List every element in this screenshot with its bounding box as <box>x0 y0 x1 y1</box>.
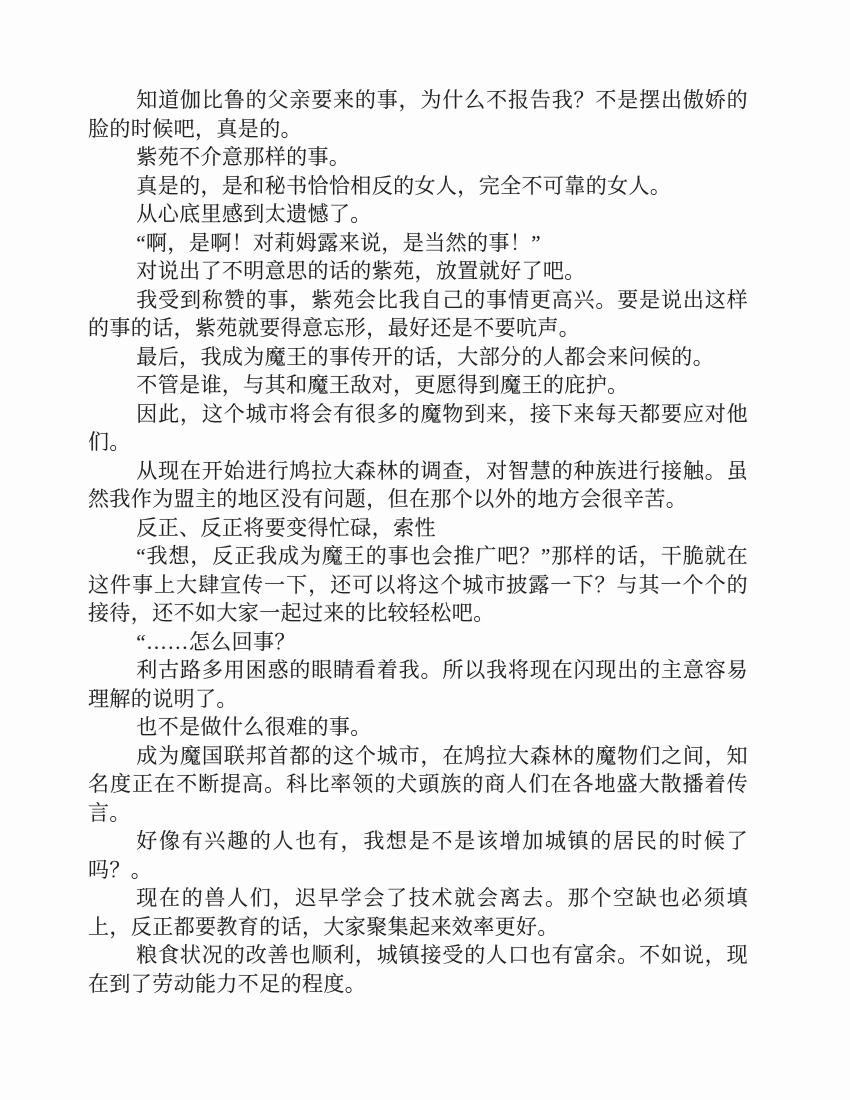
paragraph: “啊，是啊！对莉姆露来说，是当然的事！” <box>88 229 748 258</box>
paragraph: 利古路多用困惑的眼睛看着我。所以我将现在闪现出的主意容易理解的说明了。 <box>88 656 748 713</box>
paragraph: 也不是做什么很难的事。 <box>88 713 748 742</box>
paragraph: 不管是谁，与其和魔王敌对，更愿得到魔王的庇护。 <box>88 371 748 400</box>
paragraph: 真是的，是和秘书恰恰相反的女人，完全不可靠的女人。 <box>88 172 748 201</box>
paragraph: 成为魔国联邦首都的这个城市，在鸠拉大森林的魔物们之间，知名度正在不断提高。科比率… <box>88 742 748 828</box>
paragraph: “我想，反正我成为魔王的事也会推广吧？”那样的话，干脆就在这件事上大肆宣传一下，… <box>88 542 748 628</box>
paragraph: 最后，我成为魔王的事传开的话，大部分的人都会来问候的。 <box>88 343 748 372</box>
paragraph: 知道伽比鲁的父亲要来的事，为什么不报告我？不是摆出傲娇的脸的时候吧，真是的。 <box>88 86 748 143</box>
document-page: 知道伽比鲁的父亲要来的事，为什么不报告我？不是摆出傲娇的脸的时候吧，真是的。 紫… <box>0 0 850 1100</box>
paragraph: 紫苑不介意那样的事。 <box>88 143 748 172</box>
paragraph: 反正、反正将要变得忙碌，索性 <box>88 514 748 543</box>
paragraph: 从现在开始进行鸠拉大森林的调查，对智慧的种族进行接触。虽然我作为盟主的地区没有问… <box>88 457 748 514</box>
paragraph: 现在的兽人们，迟早学会了技术就会离去。那个空缺也必须填上，反正都要教育的话，大家… <box>88 884 748 941</box>
novel-text-block: 知道伽比鲁的父亲要来的事，为什么不报告我？不是摆出傲娇的脸的时候吧，真是的。 紫… <box>88 86 748 998</box>
paragraph: 粮食状况的改善也顺利，城镇接受的人口也有富余。不如说，现在到了劳动能力不足的程度… <box>88 941 748 998</box>
paragraph: “……怎么回事？ <box>88 628 748 657</box>
paragraph: 好像有兴趣的人也有，我想是不是该增加城镇的居民的时候了吗？。 <box>88 827 748 884</box>
paragraph: 因此，这个城市将会有很多的魔物到来，接下来每天都要应对他们。 <box>88 400 748 457</box>
paragraph: 我受到称赞的事，紫苑会比我自己的事情更高兴。要是说出这样的事的话，紫苑就要得意忘… <box>88 286 748 343</box>
paragraph: 对说出了不明意思的话的紫苑，放置就好了吧。 <box>88 257 748 286</box>
paragraph: 从心底里感到太遗憾了。 <box>88 200 748 229</box>
